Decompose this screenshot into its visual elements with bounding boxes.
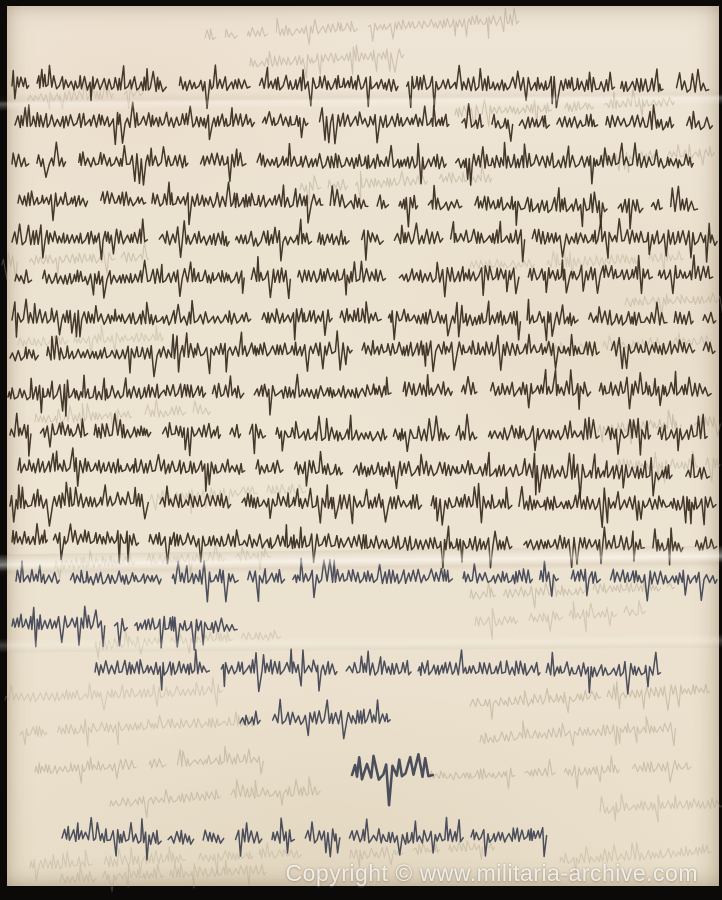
letter-paper <box>7 6 719 886</box>
letter-transcript-fragments: Jahrgang 1898 und jünger sind. Aber ich … <box>0 0 1 1</box>
copyright-watermark: Copyright © www.militaria-archive.com <box>286 860 699 887</box>
fold-crease-top <box>0 87 722 112</box>
fold-crease-main <box>0 545 722 576</box>
scanned-letter-page: Copyright © www.militaria-archive.com Ja… <box>0 0 722 900</box>
fold-crease-low <box>0 633 722 652</box>
